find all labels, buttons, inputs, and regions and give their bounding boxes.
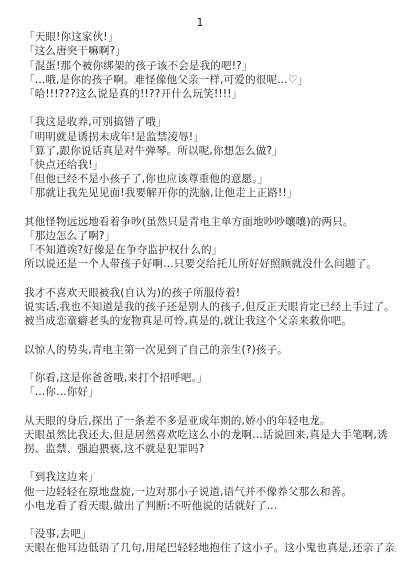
text-line: 「但他已经不是小孩子了,你也应该尊重他的意愿。」 bbox=[24, 172, 396, 186]
text-line: 天眼虽然比我还大,但是居然喜欢吃这么小的龙啊…话说回来,真是大手笔啊,诱 bbox=[24, 428, 396, 442]
paragraph: 以惊人的势头,青电主第一次见到了自己的亲生(?)孩子。 bbox=[24, 343, 396, 357]
text-line: 「算了,跟你说话真是对牛弹琴。所以呢,你想怎么做?」 bbox=[24, 144, 396, 158]
text-line: 天眼在他耳边低语了几句,用尾巴轻轻地抱住了这小子。这小鬼也真是,还亲了亲这 bbox=[24, 541, 396, 555]
paragraph: 其他怪物远远地看着争吵(虽然只是青电主单方面地吵吵嚷嚷)的两只。 「那边怎么了啊… bbox=[24, 215, 396, 272]
paragraph: 「天眼!你这家伙!」 「这么唐突干嘛啊?」 「混蛋!那个被你绑架的孩子该不会是我… bbox=[24, 30, 396, 101]
text-line: 他一边轻轻在原地盘旋,一边对那小子说道,语气并不像养父那么和善。 bbox=[24, 485, 396, 499]
text-line: 其他怪物远远地看着争吵(虽然只是青电主单方面地吵吵嚷嚷)的两只。 bbox=[24, 215, 396, 229]
text-line: 「明明就是诱拐未成年!是监禁凌辱!」 bbox=[24, 130, 396, 144]
text-line: 小电龙看了看天眼,做出了判断:不听他说的话就好了… bbox=[24, 499, 396, 513]
text-line: 「你看,这是你爸爸哦,来打个招呼吧。」 bbox=[24, 371, 396, 385]
text-line: 拐、监禁、强迫猥亵,这不就是犯罪吗? bbox=[24, 442, 396, 456]
text-line: 说实话,我也不知道是我的孩子还是别人的孩子,但反正天眼肯定已经上手过了。 bbox=[24, 300, 396, 314]
paragraph: 「你看,这是你爸爸哦,来打个招呼吧。」 「…你…你好」 bbox=[24, 371, 396, 399]
text-line: 所以说还是一个人带孩子好啊…只要交给托儿所好好照顾就没什么问题了。 bbox=[24, 257, 396, 271]
text-line: 「这么唐突干嘛啊?」 bbox=[24, 44, 396, 58]
text-line: 「…你…你好」 bbox=[24, 385, 396, 399]
text-line: 「我这是收养,可别搞错了哦」 bbox=[24, 115, 396, 129]
text-line: 「到我这边来」 bbox=[24, 470, 396, 484]
text-line: 「没事,去吧」 bbox=[24, 527, 396, 541]
text-line: 「快点还给我!」 bbox=[24, 158, 396, 172]
text-line: 从天眼的身后,探出了一条差不多是亚成年期的,娇小的年轻电龙。 bbox=[24, 414, 396, 428]
text-line: 被当成恋童癖老头的宠物真是可怜,真是的,就让我这个父亲来救你吧。 bbox=[24, 314, 396, 328]
text-line: 「不知道诶?好像是在争夺监护权什么的」 bbox=[24, 243, 396, 257]
paragraph: 我才不喜欢天眼被我(自认为)的孩子所服侍着! 说实话,我也不知道是我的孩子还是别… bbox=[24, 286, 396, 329]
text-line: 「…哦,是你的孩子啊。难怪像他父亲一样,可爱的很呢…♡」 bbox=[24, 73, 396, 87]
text-line: 「天眼!你这家伙!」 bbox=[24, 30, 396, 44]
text-line: 「那边怎么了啊?」 bbox=[24, 229, 396, 243]
text-line: 「那就让我先见见面!我要解开你的洗脑,让他走上正路!!」 bbox=[24, 186, 396, 200]
page-number: 1 bbox=[24, 16, 376, 30]
text-line: 「哈!!!???这么说是真的!!??开什么玩笑!!!!」 bbox=[24, 87, 396, 101]
paragraph: 「到我这边来」 他一边轻轻在原地盘旋,一边对那小子说道,语气并不像养父那么和善。… bbox=[24, 470, 396, 513]
text-line: 我才不喜欢天眼被我(自认为)的孩子所服侍着! bbox=[24, 286, 396, 300]
text-line: 「混蛋!那个被你绑架的孩子该不会是我的吧!?」 bbox=[24, 59, 396, 73]
paragraph: 从天眼的身后,探出了一条差不多是亚成年期的,娇小的年轻电龙。 天眼虽然比我还大,… bbox=[24, 414, 396, 457]
document-page: 1 「天眼!你这家伙!」 「这么唐突干嘛啊?」 「混蛋!那个被你绑架的孩子该不会… bbox=[0, 0, 400, 565]
text-line: 以惊人的势头,青电主第一次见到了自己的亲生(?)孩子。 bbox=[24, 343, 396, 357]
paragraph: 「没事,去吧」 天眼在他耳边低语了几句,用尾巴轻轻地抱住了这小子。这小鬼也真是,… bbox=[24, 527, 396, 555]
paragraph: 「我这是收养,可别搞错了哦」 「明明就是诱拐未成年!是监禁凌辱!」 「算了,跟你… bbox=[24, 115, 396, 200]
